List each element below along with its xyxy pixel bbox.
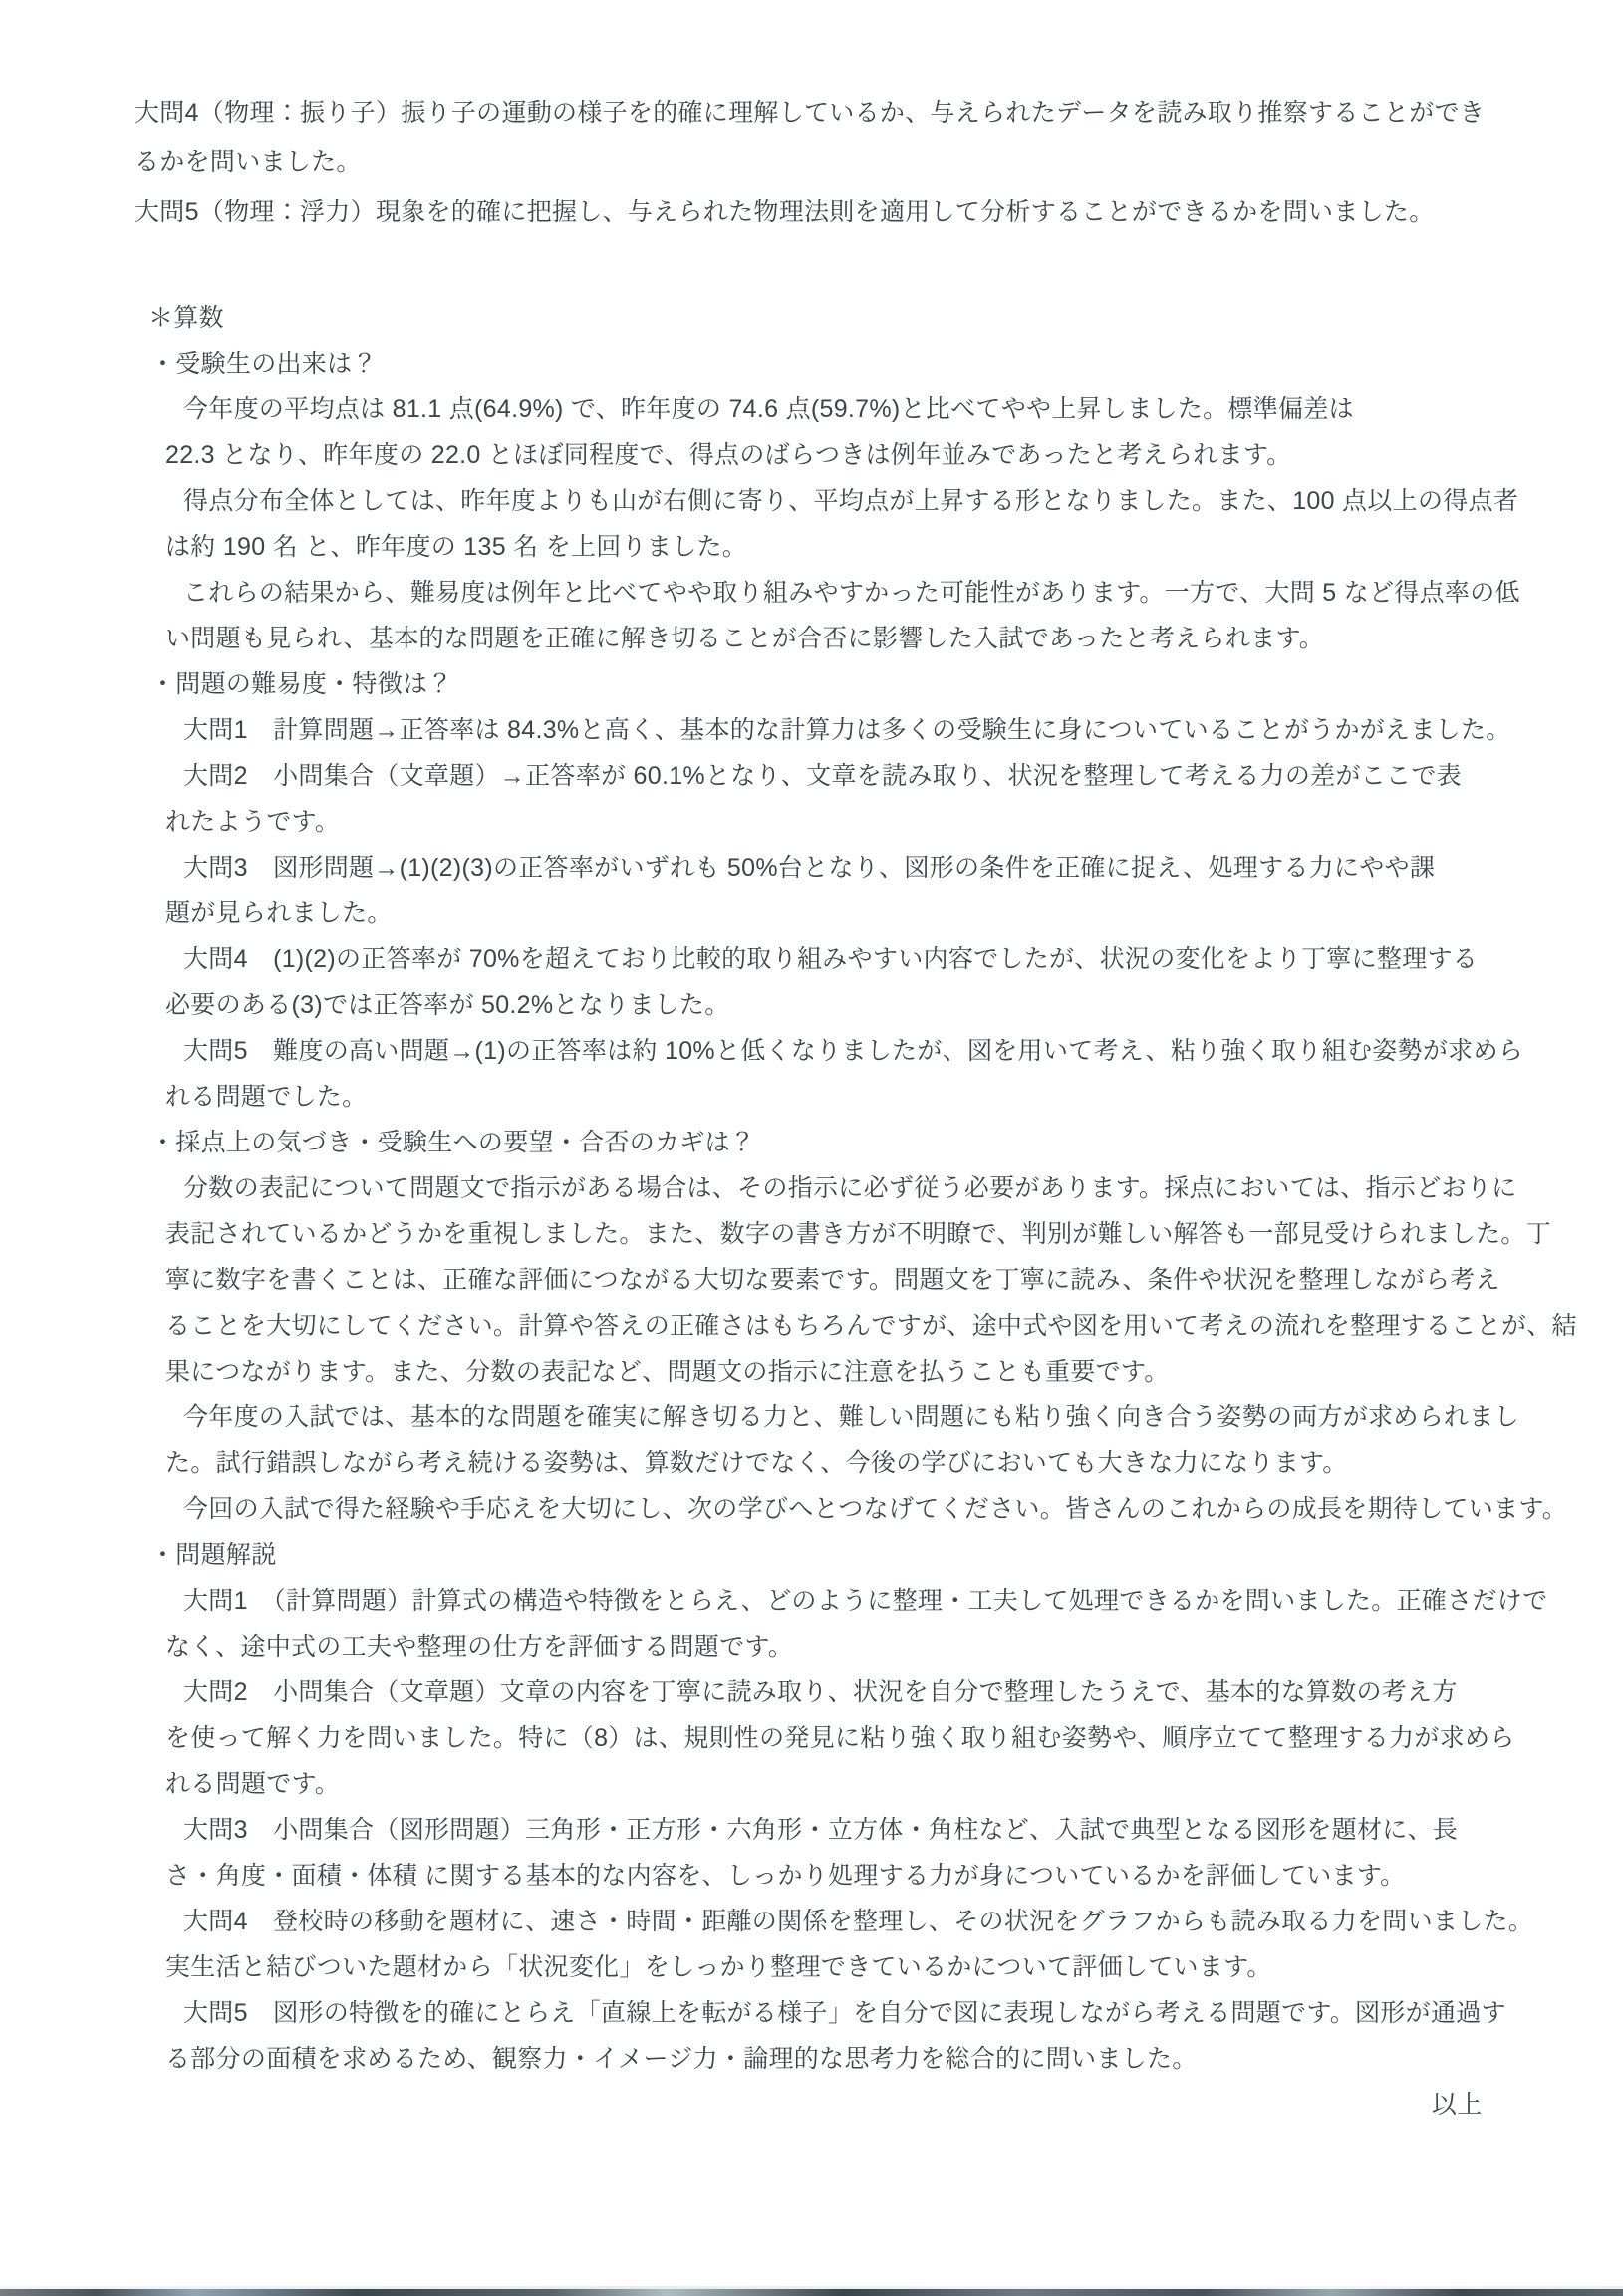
text-line: 大問1 （計算問題）計算式の構造や特徴をとらえ、どのように整理・工夫して処理でき…	[0, 1578, 1623, 1624]
question-heading: ・問題解説	[0, 1532, 1623, 1578]
text-line: るかを問いました。	[0, 137, 1623, 187]
text-line: 必要のある(3)では正答率が 50.2%となりました。	[0, 982, 1623, 1028]
closing-label: 以上	[0, 2082, 1623, 2128]
text-line: 分数の表記について問題文で指示がある場合は、その指示に必ず従う必要があります。採…	[0, 1165, 1623, 1211]
question-heading: ・受験生の出来は？	[0, 341, 1623, 386]
text-line: 果につながります。また、分数の表記など、問題文の指示に注意を払うことも重要です。	[0, 1349, 1623, 1395]
section-gap	[0, 237, 1623, 295]
text-line: 大問2 小問集合（文章題）→正答率が 60.1%となり、文章を読み取り、状況を整…	[0, 753, 1623, 799]
document-body: 大問4（物理：振り子）振り子の運動の様子を的確に理解しているか、与えられたデータ…	[0, 0, 1623, 2128]
text-line: た。試行錯誤しながら考え続ける姿勢は、算数だけでなく、今後の学びにおいても大きな…	[0, 1440, 1623, 1486]
text-line: 今回の入試で得た経験や手応えを大切にし、次の学びへとつなげてください。皆さんのこ…	[0, 1486, 1623, 1532]
text-line: 大問3 小問集合（図形問題）三角形・正方形・六角形・立方体・角柱など、入試で典型…	[0, 1807, 1623, 1853]
text-line: 大問3 図形問題→(1)(2)(3)の正答率がいずれも 50%台となり、図形の条…	[0, 845, 1623, 891]
text-line: 今年度の入試では、基本的な問題を確実に解き切る力と、難しい問題にも粘り強く向き合…	[0, 1395, 1623, 1440]
scan-edge-artifact	[0, 2289, 1623, 2296]
text-line: れたようです。	[0, 799, 1623, 845]
text-line: 大問5 図形の特徴を的確にとらえ「直線上を転がる様子」を自分で図に表現しながら考…	[0, 1990, 1623, 2036]
text-line: 大問4（物理：振り子）振り子の運動の様子を的確に理解しているか、与えられたデータ…	[0, 88, 1623, 137]
text-line: 今年度の平均点は 81.1 点(64.9%) で、昨年度の 74.6 点(59.…	[0, 386, 1623, 432]
text-line: は約 190 名 と、昨年度の 135 名 を上回りました。	[0, 524, 1623, 570]
text-line: さ・角度・面積・体積 に関する基本的な内容を、しっかり処理する力が身についている…	[0, 1853, 1623, 1899]
text-line: 22.3 となり、昨年度の 22.0 とほぼ同程度で、得点のばらつきは例年並みで…	[0, 432, 1623, 478]
text-line: を使って解く力を問いました。特に（8）は、規則性の発見に粘り強く取り組む姿勢や、…	[0, 1715, 1623, 1761]
text-line: 得点分布全体としては、昨年度よりも山が右側に寄り、平均点が上昇する形となりました…	[0, 478, 1623, 524]
text-line: 寧に数字を書くことは、正確な評価につながる大切な要素です。問題文を丁寧に読み、条…	[0, 1257, 1623, 1303]
text-line: ることを大切にしてください。計算や答えの正確さはもちろんですが、途中式や図を用い…	[0, 1303, 1623, 1349]
text-line: なく、途中式の工夫や整理の仕方を評価する問題です。	[0, 1624, 1623, 1669]
scanned-document-page: 大問4（物理：振り子）振り子の運動の様子を的確に理解しているか、与えられたデータ…	[0, 0, 1623, 2296]
text-line: れる問題でした。	[0, 1074, 1623, 1120]
text-line: れる問題です。	[0, 1761, 1623, 1807]
text-line: 実生活と結びついた題材から「状況変化」をしっかり整理できているかについて評価して…	[0, 1944, 1623, 1990]
question-heading: ・採点上の気づき・受験生への要望・合否のカギは？	[0, 1120, 1623, 1165]
text-line: 大問1 計算問題→正答率は 84.3%と高く、基本的な計算力は多くの受験生に身に…	[0, 707, 1623, 753]
text-line: 大問5 難度の高い問題→(1)の正答率は約 10%と低くなりましたが、図を用いて…	[0, 1028, 1623, 1074]
text-line: 大問4 (1)(2)の正答率が 70%を超えており比較的取り組みやすい内容でした…	[0, 936, 1623, 982]
math-section-title: ＊算数	[0, 295, 1623, 341]
text-line: 題が見られました。	[0, 891, 1623, 936]
text-line: い問題も見られ、基本的な問題を正確に解き切ることが合否に影響した入試であったと考…	[0, 616, 1623, 661]
text-line: これらの結果から、難易度は例年と比べてやや取り組みやすかった可能性があります。一…	[0, 570, 1623, 616]
text-line: 表記されているかどうかを重視しました。また、数字の書き方が不明瞭で、判別が難しい…	[0, 1211, 1623, 1257]
text-line: 大問4 登校時の移動を題材に、速さ・時間・距離の関係を整理し、その状況をグラフか…	[0, 1899, 1623, 1944]
question-heading: ・問題の難易度・特徴は？	[0, 661, 1623, 707]
text-line: 大問2 小問集合（文章題）文章の内容を丁寧に読み取り、状況を自分で整理したうえで…	[0, 1669, 1623, 1715]
text-line: る部分の面積を求めるため、観察力・イメージ力・論理的な思考力を総合的に問いました…	[0, 2036, 1623, 2082]
text-line: 大問5（物理：浮力）現象を的確に把握し、与えられた物理法則を適用して分析すること…	[0, 187, 1623, 237]
